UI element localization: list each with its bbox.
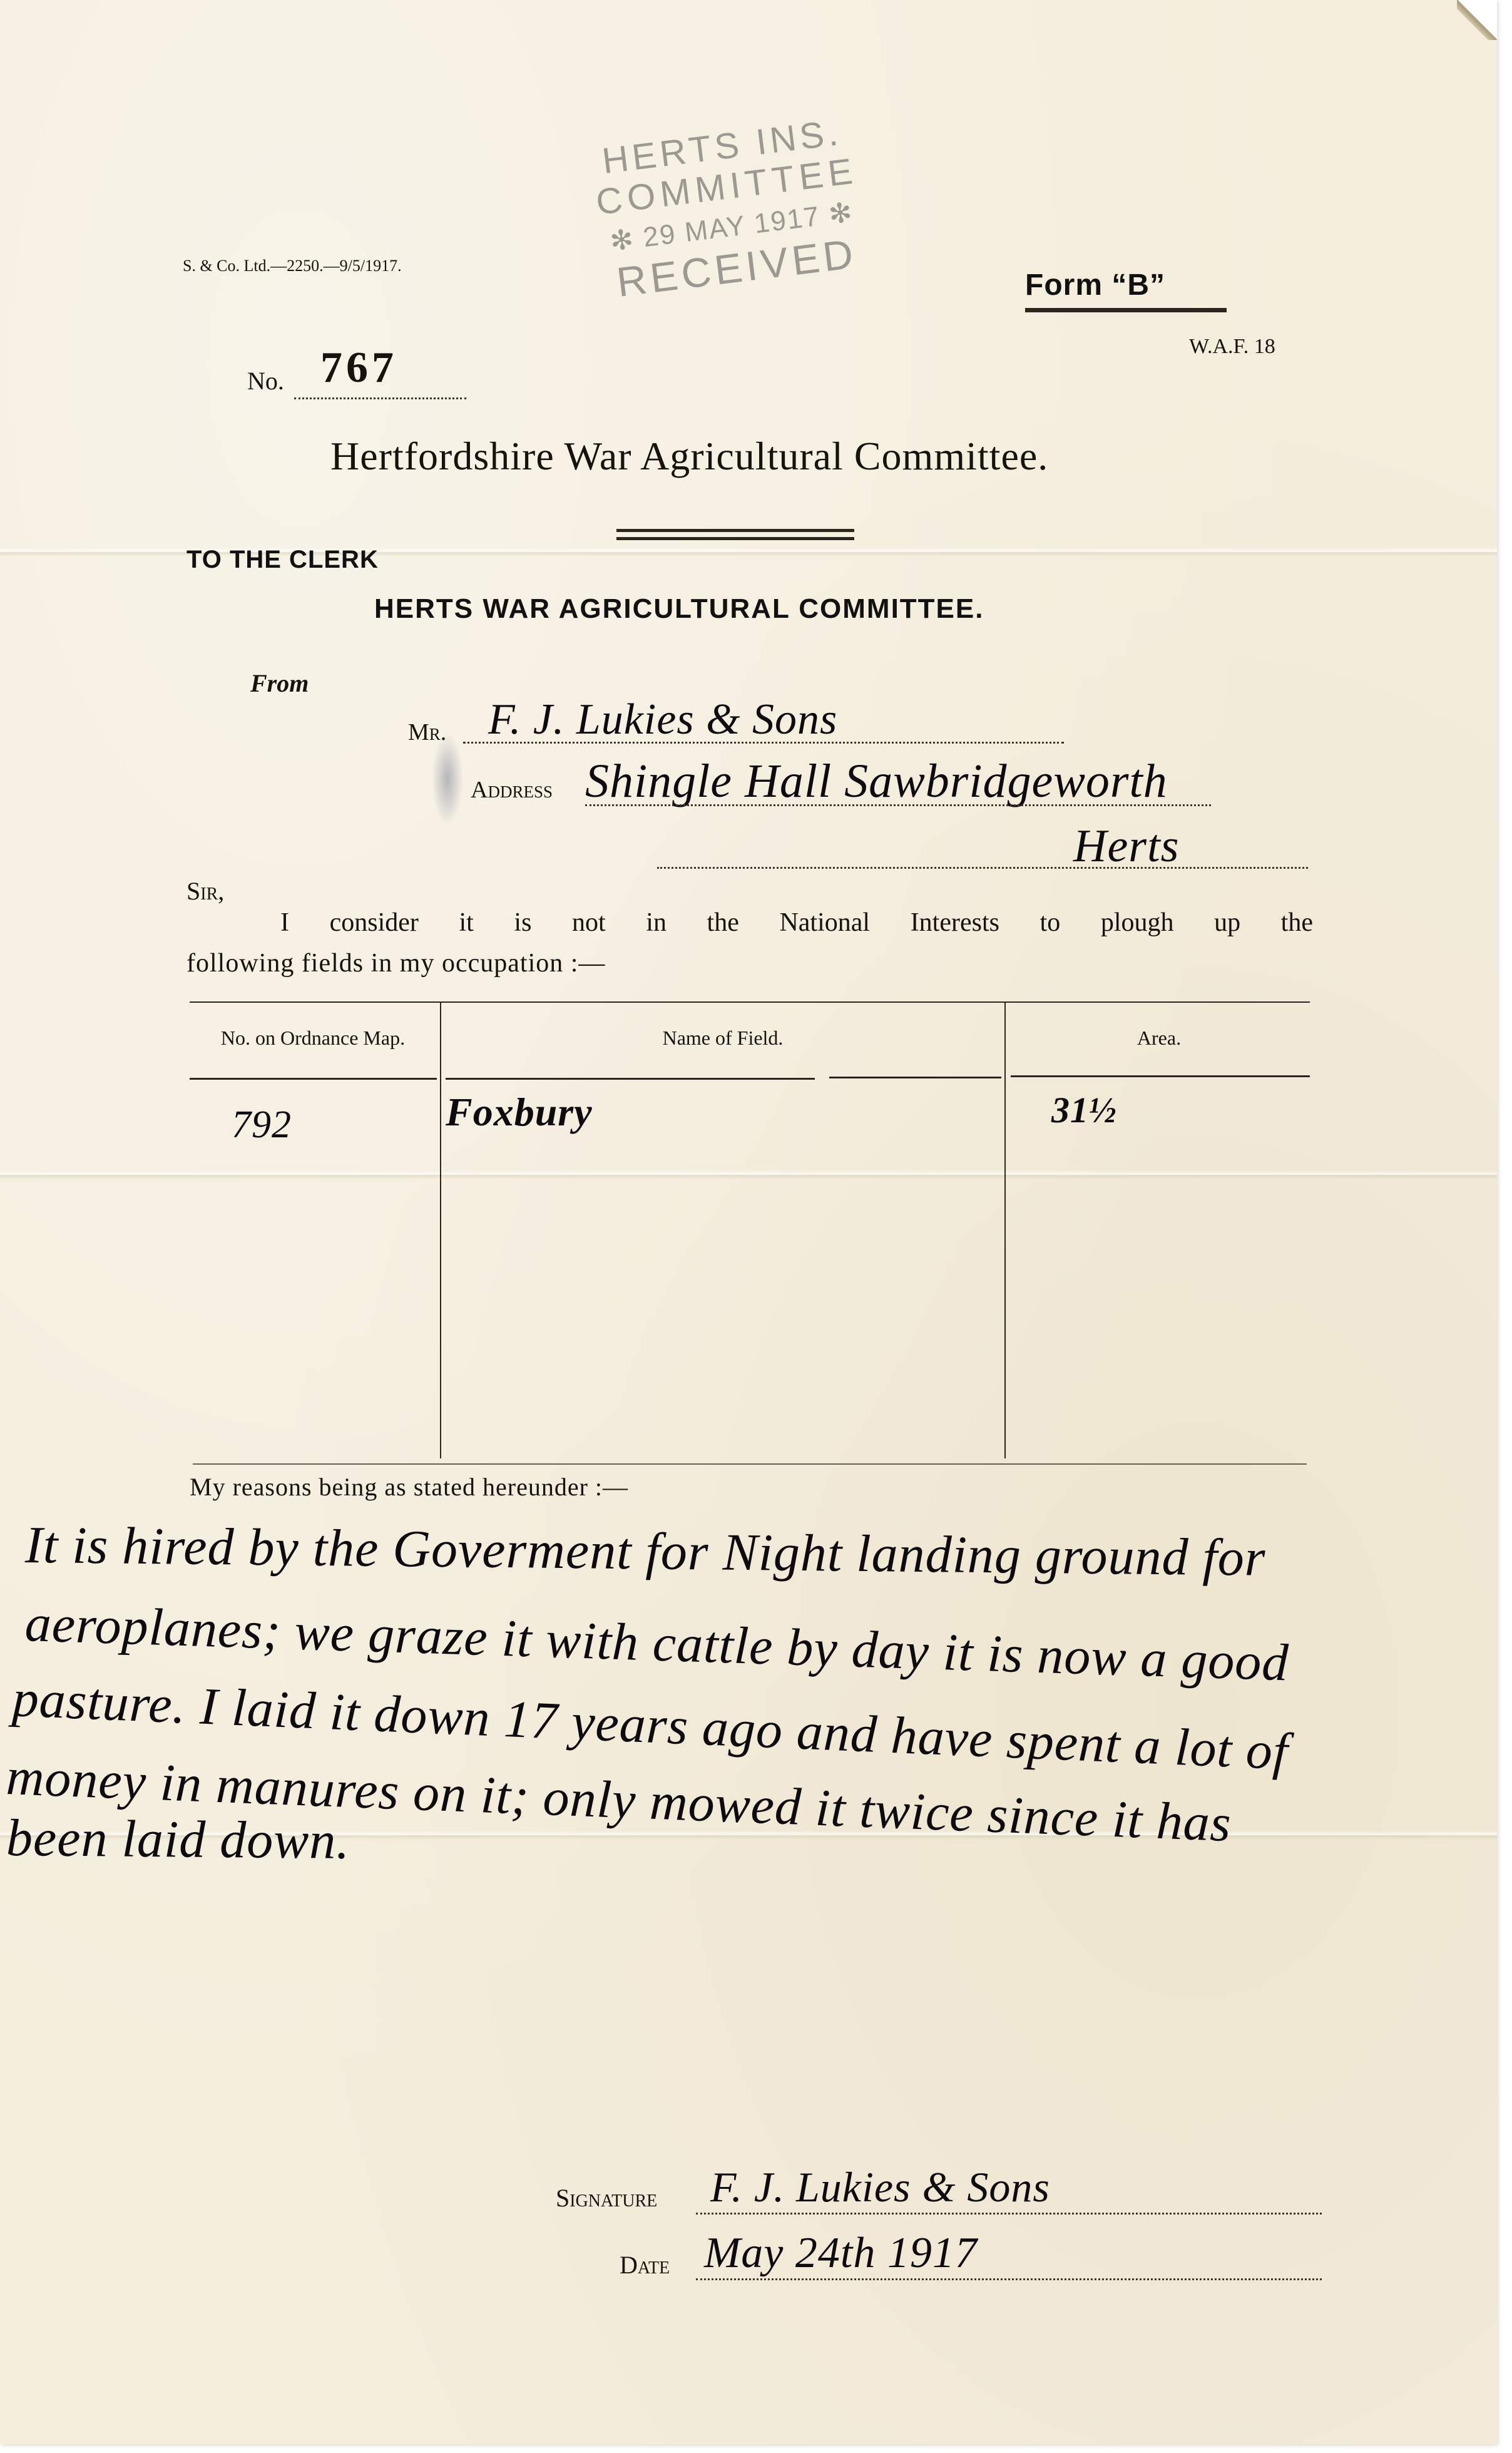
table-header-rule-2b [829, 1077, 1001, 1078]
reasons-line-1[interactable]: It is hired by the Goverment for Night l… [24, 1515, 1266, 1589]
table-header-field-name: Name of Field. [441, 1027, 1004, 1050]
reasons-line-5[interactable]: been laid down. [6, 1808, 350, 1872]
double-rule-top [616, 529, 854, 532]
table-header-area: Area. [1006, 1027, 1312, 1050]
form-page: S. & Co. Ltd.—2250.—9/5/1917. HERTS INS.… [0, 0, 1497, 2444]
number-value: 767 [320, 343, 397, 393]
form-label-underline [1025, 308, 1227, 312]
date-dotted-line [696, 2278, 1322, 2280]
date-field[interactable]: May 24th 1917 [704, 2228, 978, 2278]
folded-corner-cutout [1458, 0, 1497, 39]
signature-field[interactable]: F. J. Lukies & Sons [710, 2163, 1050, 2212]
cell-area[interactable]: 31½ [1051, 1089, 1117, 1131]
addressee-line-2: HERTS WAR AGRICULTURAL COMMITTEE. [374, 593, 984, 625]
address-field-line-1[interactable]: Shingle Hall Sawbridgeworth [585, 754, 1168, 809]
name-label: Mr. [408, 719, 446, 746]
name-dotted-line [463, 742, 1064, 744]
received-stamp: HERTS INS. COMMITTEE ✻ 29 MAY 1917 ✻ REC… [577, 111, 888, 352]
address-dotted-line-2 [657, 867, 1308, 869]
date-label: Date [620, 2250, 670, 2280]
double-rule-bottom [616, 537, 854, 540]
table-header-rule-2a [446, 1078, 815, 1080]
form-label: Form “B” [1025, 268, 1165, 302]
address-field-line-2[interactable]: Herts [1073, 820, 1179, 873]
address-label: Address [471, 776, 553, 804]
number-label: No. [247, 366, 284, 396]
table-column-divider-2 [1004, 1001, 1006, 1458]
signature-dotted-line [696, 2213, 1322, 2215]
address-dotted-line-1 [585, 804, 1211, 806]
page-title: Hertfordshire War Agricultural Committee… [330, 433, 1048, 479]
table-bottom-rule [193, 1463, 1307, 1465]
reasons-label: My reasons being as stated hereunder :— [190, 1472, 628, 1502]
table-top-rule [190, 1001, 1310, 1003]
form-code: W.A.F. 18 [1189, 335, 1275, 359]
table-header-rule-1 [190, 1078, 437, 1080]
ink-smudge [432, 732, 463, 826]
name-field[interactable]: F. J. Lukies & Sons [488, 695, 837, 745]
table-header-rule-3 [1011, 1075, 1310, 1077]
cell-map-no[interactable]: 792 [232, 1103, 292, 1147]
fold-crease-middle [0, 1170, 1497, 1179]
printer-line: S. & Co. Ltd.—2250.—9/5/1917. [183, 257, 402, 275]
from-label: From [250, 668, 309, 698]
cell-field-name[interactable]: Foxbury [446, 1089, 593, 1135]
salutation: Sir, [186, 876, 224, 906]
statement-line-2: following fields in my occupation :— [186, 948, 605, 978]
table-column-divider-1 [440, 1001, 441, 1458]
table-header-map-no: No. on Ordnance Map. [188, 1027, 438, 1050]
number-dotted-line [294, 397, 466, 399]
signature-label: Signature [556, 2183, 657, 2213]
statement-line-1: I consider it is not in the National Int… [280, 908, 1313, 938]
addressee-line-1: TO THE CLERK [186, 546, 379, 574]
